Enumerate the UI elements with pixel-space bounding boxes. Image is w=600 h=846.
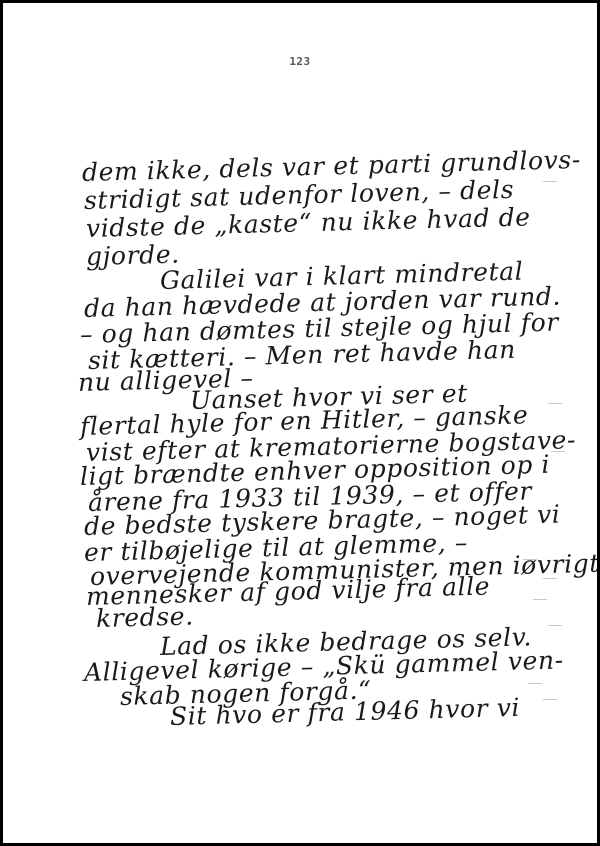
scan-artifact (533, 599, 547, 600)
scan-artifact (543, 699, 557, 700)
handwritten-line: Sit hvo er fra 1946 hvor vi (170, 695, 521, 729)
handwritten-text-block: dem ikke, dels var et parti grundlovs- s… (3, 3, 597, 843)
scan-artifact (548, 625, 562, 626)
scan-artifact (543, 578, 557, 579)
scan-artifact (548, 403, 562, 404)
manuscript-page: 123 dem ikke, dels var et parti grundlov… (0, 0, 600, 846)
scan-artifact (528, 683, 542, 684)
handwritten-line: kredse. (96, 603, 194, 631)
scan-artifact (523, 559, 537, 560)
scan-artifact (543, 181, 557, 182)
scan-artifact (551, 451, 565, 452)
